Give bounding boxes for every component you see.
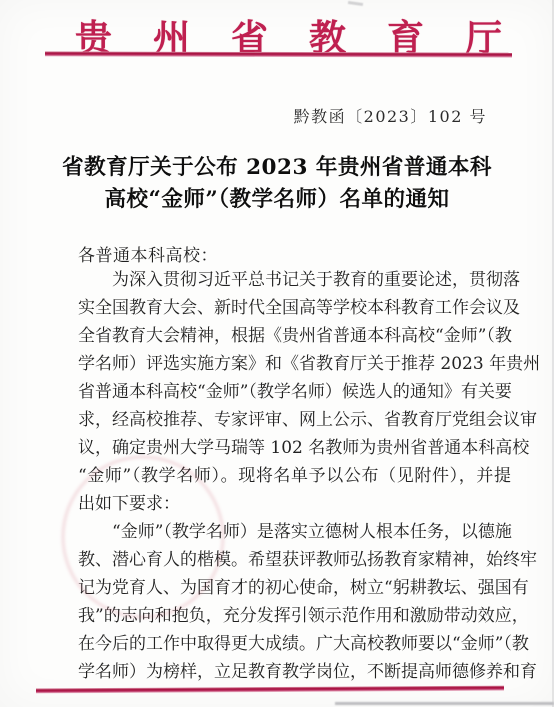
scan-artifact-bottom	[335, 702, 554, 705]
body-line: 求，经高校推荐、专家评审、网上公示、省教育厅党组会议审	[78, 406, 511, 434]
body-line: 为深入贯彻习近平总书记关于教育的重要论述，贯彻落	[78, 266, 511, 294]
footer-divider-line	[36, 686, 504, 694]
body-line: 议，确定贵州大学马瑞等 102 名教师为贵州省普通本科高校	[78, 434, 511, 462]
body-line: 省普通本科高校“金师”（教学名师）候选人的通知》有关要	[78, 378, 511, 406]
notice-title-line-1: 省教育厅关于公布 2023 年贵州省普通本科	[0, 152, 554, 184]
body-line: 我”的志向和抱负，充分发挥引领示范作用和激励带动效应，	[78, 602, 511, 630]
body-line: 学名师）评选实施方案》和《省教育厅关于推荐 2023 年贵州	[78, 350, 511, 378]
body-line: 在今后的工作中取得更大成绩。广大高校教师要以“金师”（教	[78, 630, 511, 658]
notice-title: 省教育厅关于公布 2023 年贵州省普通本科 高校“金师”（教学名师）名单的通知	[0, 152, 554, 216]
body-line: 出如下要求：	[78, 490, 511, 518]
document-reference-number: 黔教函〔2023〕102 号	[294, 104, 487, 127]
body-line: 教、潜心育人的楷模。希望获评教师弘扬教育家精神，始终牢	[78, 546, 511, 574]
notice-title-line-2: 高校“金师”（教学名师）名单的通知	[0, 184, 554, 216]
body-line: 全省教育大会精神，根据《贵州省普通本科高校“金师”（教	[78, 322, 511, 350]
body-line: 实全国教育大会、新时代全国高等学校本科教育工作会议及	[78, 294, 511, 322]
body-line: “金师”（教学名师）是落实立德树人根本任务，以德施	[78, 518, 511, 546]
document-body: 为深入贯彻习近平总书记关于教育的重要论述，贯彻落实全国教育大会、新时代全国高等学…	[78, 266, 511, 686]
body-line: “金师”（教学名师）。现将名单予以公布（见附件），并提	[78, 462, 511, 490]
scanned-official-document: 贵州省教育厅 黔教函〔2023〕102 号 省教育厅关于公布 2023 年贵州省…	[0, 0, 554, 707]
body-line: 记为党育人、为国育才的初心使命，树立“躬耕教坛、强国有	[78, 574, 511, 602]
scan-artifact-top	[348, 1, 363, 6]
body-line: 学名师）为榜样，立足教育教学岗位，不断提高师德修养和育	[78, 658, 511, 686]
salutation: 各普通本科高校：	[78, 241, 218, 266]
body-paragraph-2: “金师”（教学名师）是落实立德树人根本任务，以德施教、潜心育人的楷模。希望获评教…	[78, 518, 511, 686]
body-paragraph-1: 为深入贯彻习近平总书记关于教育的重要论述，贯彻落实全国教育大会、新时代全国高等学…	[78, 266, 511, 518]
